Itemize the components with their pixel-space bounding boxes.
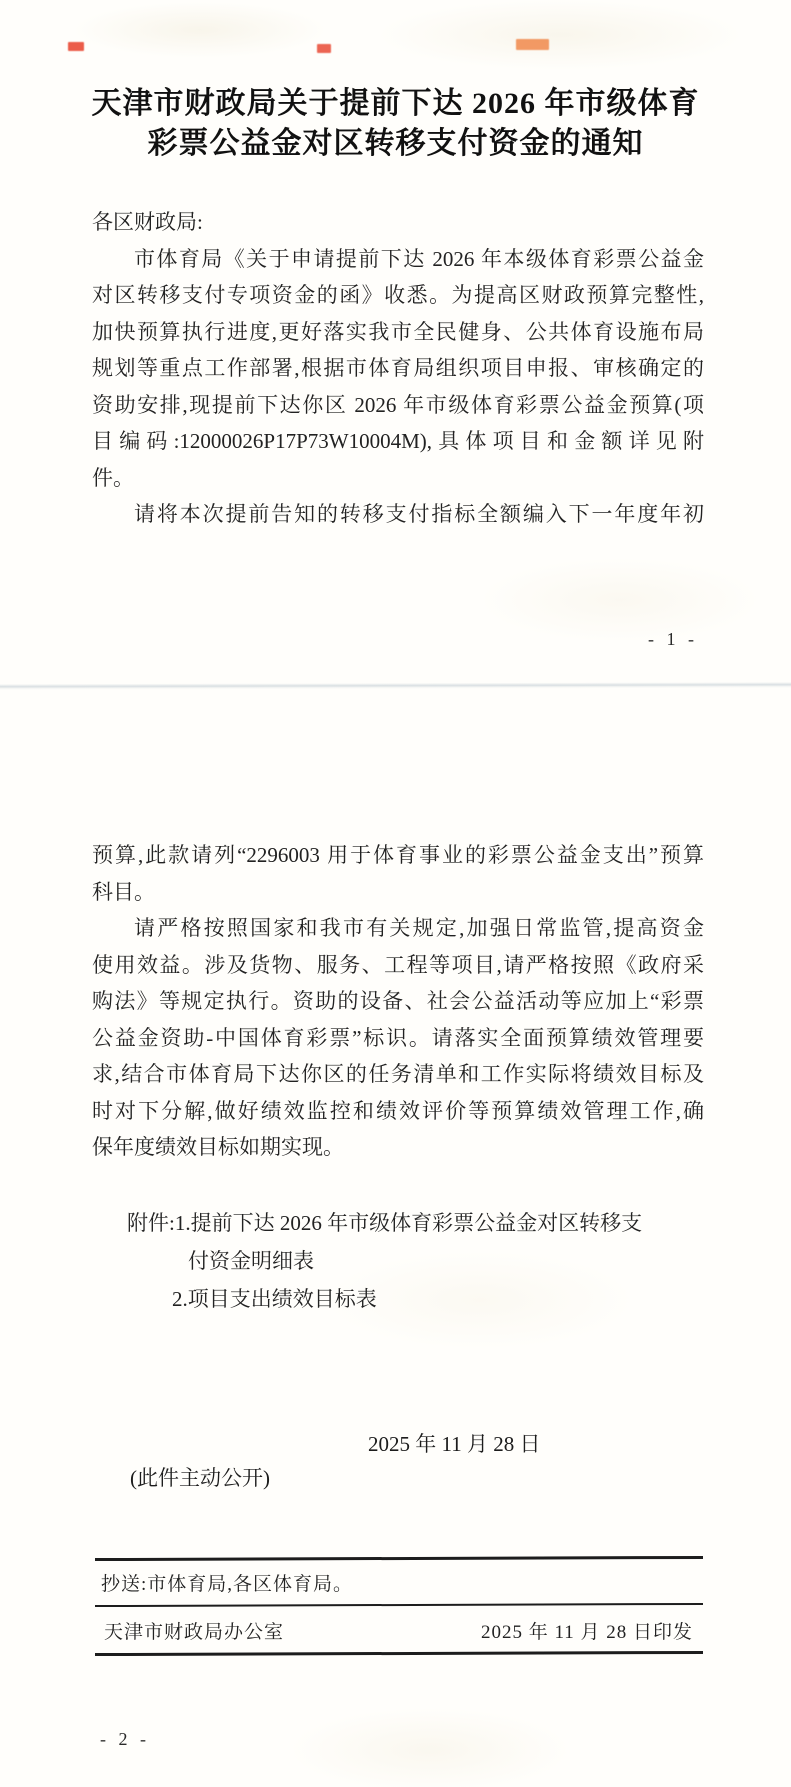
footer-rule-middle	[95, 1603, 703, 1607]
attachment-line-1: 附件:1.提前下达 2026 年市级体育彩票公益金对区转移支	[127, 1204, 687, 1242]
body-line: 件。	[92, 460, 704, 497]
red-letterhead-mark-middle	[317, 44, 331, 53]
issuer-office: 天津市财政局办公室	[104, 1617, 284, 1644]
body-line: 加快预算执行进度,更好落实我市全民健身、公共体育设施布局	[92, 314, 704, 351]
page-number-1: - 1 -	[648, 629, 698, 650]
body-line: 购法》等规定执行。资助的设备、社会公益活动等应加上“彩票	[92, 983, 704, 1020]
body-line: 使用效益。涉及货物、服务、工程等项目,请严格按照《政府采	[92, 947, 704, 984]
footer-rule-top	[95, 1556, 703, 1561]
print-date: 2025 年 11 月 28 日印发	[481, 1617, 693, 1644]
body-line: 科目。	[92, 874, 704, 911]
cc-line: 抄送:市体育局,各区体育局。	[101, 1569, 353, 1596]
body-line: 请将本次提前告知的转移支付指标全额编入下一年度年初	[92, 496, 704, 533]
page-number-2: - 2 -	[100, 1729, 150, 1750]
body-line: 目编码:12000026P17P73W10004M),具体项目和金额详见附	[92, 423, 704, 460]
title-line-2: 彩票公益金对区转移支付资金的通知	[0, 124, 791, 164]
document-title: 天津市财政局关于提前下达 2026 年市级体育 彩票公益金对区转移支付资金的通知	[0, 84, 791, 164]
page-break-shadow	[0, 682, 791, 690]
body-line: 规划等重点工作部署,根据市体育局组织项目申报、审核确定的	[92, 350, 704, 387]
body-line: 保年度绩效目标如期实现。	[92, 1129, 704, 1166]
attachment-line-2: 付资金明细表	[127, 1242, 687, 1280]
body-line: 资助安排,现提前下达你区 2026 年市级体育彩票公益金预算(项	[92, 387, 704, 424]
document-scan: 天津市财政局关于提前下达 2026 年市级体育 彩票公益金对区转移支付资金的通知…	[0, 0, 791, 1787]
body-line: 请严格按照国家和我市有关规定,加强日常监管,提高资金	[92, 910, 704, 947]
attachment-line-3: 2.项目支出绩效目标表	[127, 1280, 687, 1318]
salutation: 各区财政局:	[92, 204, 704, 241]
red-letterhead-mark-right	[516, 39, 549, 50]
body-line: 预算,此款请列“2296003 用于体育事业的彩票公益金支出”预算	[92, 837, 704, 874]
body-line: 市体育局《关于申请提前下达 2026 年本级体育彩票公益金	[92, 241, 704, 278]
body-line: 对区转移支付专项资金的函》收悉。为提高区财政预算完整性,	[92, 277, 704, 314]
footer-rule-bottom	[95, 1651, 703, 1656]
title-line-1: 天津市财政局关于提前下达 2026 年市级体育	[0, 84, 791, 124]
red-letterhead-mark-left	[68, 42, 84, 51]
body-line: 时对下分解,做好绩效监控和绩效评价等预算绩效管理工作,确	[92, 1093, 704, 1130]
page-2-body: 预算,此款请列“2296003 用于体育事业的彩票公益金支出”预算 科目。 请严…	[92, 837, 704, 1166]
disclosure-note: (此件主动公开)	[130, 1462, 270, 1492]
attachment-list: 附件:1.提前下达 2026 年市级体育彩票公益金对区转移支 付资金明细表 2.…	[127, 1204, 687, 1318]
body-line: 求,结合市体育局下达你区的任务清单和工作实际将绩效目标及	[92, 1056, 704, 1093]
body-line: 公益金资助-中国体育彩票”标识。请落实全面预算绩效管理要	[92, 1020, 704, 1057]
issue-date: 2025 年 11 月 28 日	[368, 1428, 540, 1458]
page-1-body: 各区财政局: 市体育局《关于申请提前下达 2026 年本级体育彩票公益金 对区转…	[92, 204, 704, 533]
